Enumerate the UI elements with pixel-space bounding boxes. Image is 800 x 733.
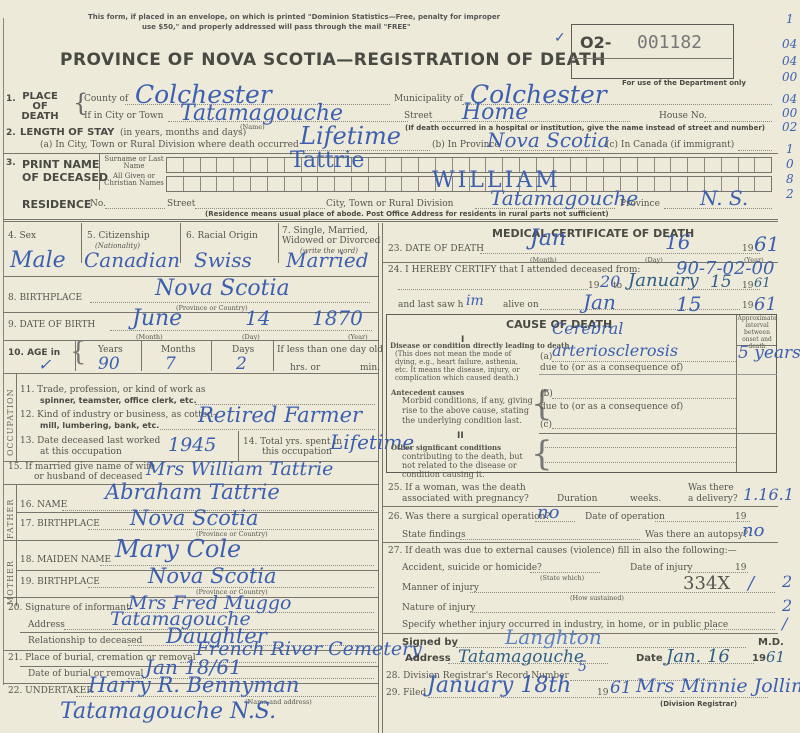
margin-code: 0 — [786, 157, 794, 171]
q12-label: 12. Kind of industry or business, as cot… — [20, 410, 216, 420]
citizenship-label: 5. Citizenship — [87, 231, 150, 241]
relationship-label: Relationship to deceased — [28, 636, 142, 646]
q3-number: 3. — [6, 158, 16, 168]
informant-address-label: Address — [28, 620, 65, 630]
year-prefix: 19 — [752, 653, 766, 664]
spouse-name-value: Mrs William Tattrie — [146, 458, 333, 480]
street-value: Home — [462, 100, 528, 125]
marital-status-value: Married — [286, 248, 369, 272]
margin-code: 8 — [786, 172, 794, 186]
attended-to-month: January — [628, 270, 699, 291]
dob-year: 1870 — [312, 306, 363, 330]
min-label: min. — [360, 363, 380, 373]
other-conditions-label: Other significant conditions — [391, 443, 501, 452]
caption: (State which) — [540, 574, 584, 582]
sex-label: 4. Sex — [8, 231, 36, 241]
weeks-label: weeks. — [630, 494, 661, 504]
last-saw-year: 61 — [754, 294, 777, 315]
filed-year-value: 61 — [610, 678, 632, 698]
surname-value: Tattrie — [290, 148, 364, 173]
birthplace-value: Nova Scotia — [155, 276, 290, 301]
cause-a-interval: 5 years — [738, 343, 800, 363]
father-name-label: 16. NAME — [20, 500, 67, 510]
caption: (Division Registrar) — [660, 700, 737, 708]
street-label: Street — [404, 111, 432, 121]
code-1: / — [782, 614, 787, 633]
registration-prefix: O2- — [580, 33, 611, 52]
occupation-side-label: OCCUPATION — [6, 380, 15, 456]
margin-code: 1 — [786, 142, 794, 156]
residence-city-label: City, Town or Rural Division — [326, 199, 453, 209]
code-2: 2 — [782, 572, 792, 591]
citizenship-value: Canadian — [84, 248, 180, 272]
q25-label: 25. If a woman, was the death — [388, 483, 526, 493]
surname-label: Surname or Last Name — [104, 156, 164, 170]
county-label: County of — [84, 94, 128, 104]
margin-code: 02 — [782, 120, 797, 134]
manner-label: Manner of injury — [402, 583, 479, 593]
registration-number: 001182 — [637, 32, 702, 53]
findings-label: State findings — [402, 530, 466, 540]
alive-on-label: alive on — [503, 300, 539, 310]
autopsy-label: Was there an autopsy? — [645, 530, 748, 540]
md-label: M.D. — [758, 637, 784, 648]
place-of-death-label: PLACE OF DEATH — [20, 92, 60, 122]
given-names-label: All Given or Christian Names — [102, 173, 166, 187]
q12-label-2: mill, lumbering, bank, etc. — [40, 421, 159, 430]
filed-date-value: January 18th — [427, 673, 571, 698]
q11-label-2: spinner, teamster, office clerk, etc. — [40, 396, 197, 405]
last-saw-day: 15 — [676, 292, 701, 316]
residence-street-label: Street — [167, 199, 195, 209]
birthplace-label: 8. BIRTHPLACE — [8, 293, 82, 303]
signature-date-value: Jan. 16 — [666, 646, 730, 667]
date-of-death-month: Jan — [530, 226, 566, 251]
date-of-death-day: 16 — [665, 230, 690, 254]
nature-label: Nature of injury — [402, 603, 475, 613]
year-prefix: 19 — [735, 563, 746, 573]
signature-date-label: Date — [636, 653, 663, 664]
last-saw-month: Jan — [583, 290, 616, 314]
cause-a-value: Cerebral arteriosclerosis — [552, 318, 732, 362]
margin-code: 00 — [782, 106, 797, 120]
margin-code: 04 — [782, 92, 797, 106]
q27-label: 27. If death was due to external causes … — [388, 546, 737, 556]
racial-origin-label: 6. Racial Origin — [186, 231, 258, 241]
age-label: 10. AGE in — [8, 348, 60, 358]
mother-name-label: 18. MAIDEN NAME — [20, 555, 111, 565]
print-name-label: PRINT NAME — [22, 158, 99, 171]
caption: (How sustained) — [570, 594, 624, 602]
left-border — [3, 18, 4, 685]
physician-signature: Langhton — [505, 625, 602, 649]
mother-side-label: MOTHER — [6, 543, 15, 605]
stay-city-value: Lifetime — [300, 122, 401, 150]
record-number-value: 5 — [578, 659, 587, 675]
mother-name-value: Mary Cole — [115, 535, 241, 563]
q1-number: 1. — [6, 94, 16, 104]
under-day-label: If less than one day old — [277, 345, 383, 355]
q26-label: 26. Was there a surgical operation? — [388, 512, 550, 522]
sex-value: Male — [10, 248, 66, 273]
surgery-value: no — [537, 502, 559, 523]
injury-code: 334X — [683, 573, 730, 594]
accident-label: Accident, suicide or homicide? — [402, 563, 542, 573]
residence-province-value: N. S. — [700, 186, 748, 210]
municipality-label: Municipality of — [394, 94, 463, 104]
signed-by-label: Signed by — [402, 637, 458, 648]
father-name-value: Abraham Tattrie — [105, 480, 280, 504]
age-days-value: 2 — [236, 354, 247, 374]
cause-a-label: (a) — [540, 352, 552, 362]
dob-month: June — [132, 306, 182, 331]
father-birthplace-value: Nova Scotia — [130, 506, 259, 530]
length-of-stay-label: LENGTH OF STAY — [20, 127, 114, 138]
division-registrar-signature: Mrs Minnie Jollimore — [636, 675, 800, 697]
check-mark-icon: ✓ — [38, 355, 51, 374]
residence-label: RESIDENCE — [22, 198, 91, 211]
date-of-death-label: 23. DATE OF DEATH — [388, 244, 484, 254]
department-use-label: For use of the Department only — [622, 79, 746, 87]
attended-to-day: 15 — [710, 272, 732, 292]
medical-certificate-title: MEDICAL CERTIFICATE OF DEATH — [492, 227, 694, 240]
q13-label: 13. Date deceased last worked — [20, 436, 160, 446]
duration-label: Duration — [557, 494, 597, 504]
attended-to-year: 61 — [754, 276, 771, 291]
residence-province-label: Province — [620, 199, 660, 209]
house-no-label: House No. — [659, 111, 707, 121]
form-title: PROVINCE OF NOVA SCOTIA—REGISTRATION OF … — [60, 50, 606, 70]
mother-birthplace-value: Nova Scotia — [148, 564, 277, 588]
section-ii-label: II — [457, 431, 464, 441]
direct-cause-note: (This does not mean the mode of dying, e… — [395, 350, 533, 382]
delivery-value: 1.16.1 — [743, 485, 794, 504]
stay-city-label: (a) In City, Town or Rural Division wher… — [40, 140, 299, 150]
mother-birthplace-label: 19. BIRTHPLACE — [20, 577, 100, 587]
other-conditions-note: contributing to the death, but not relat… — [402, 452, 536, 479]
signature-year-value: 61 — [766, 648, 785, 666]
city-label: If in City or Town — [84, 111, 163, 121]
code-slash: / — [748, 573, 754, 594]
operation-date-label: Date of operation — [585, 512, 665, 522]
delivery-label: Was there — [688, 483, 734, 493]
q11-label: 11. Trade, profession, or kind of work a… — [20, 385, 206, 395]
margin-code: 04 — [782, 54, 797, 68]
q14-label: 14. Total yrs. spent in — [243, 437, 342, 447]
direct-cause-label: Disease or condition directly leading to… — [390, 341, 569, 350]
stay-canada-label: (c) In Canada (if immigrant) — [606, 140, 734, 150]
due-to-label: due to (or as a consequence of) — [540, 402, 683, 412]
brace: { — [70, 337, 87, 367]
q25-label-2: associated with pregnancy? — [402, 494, 529, 504]
mail-notice-line2: use $50," and properly addressed will pa… — [142, 23, 411, 31]
dob-day: 14 — [245, 306, 270, 330]
residence-note: (Residence means usual place of abode. P… — [205, 210, 609, 218]
delivery-label-2: a delivery? — [688, 494, 738, 504]
last-saw-label: and last saw h — [398, 300, 463, 310]
last-saw-him: im — [466, 293, 484, 309]
filed-label: 29. Filed — [386, 688, 426, 698]
caption: (Province or Country) — [176, 304, 248, 312]
dob-label: 9. DATE OF BIRTH — [8, 320, 95, 330]
last-worked-value: 1945 — [168, 434, 216, 456]
margin-code: 1 — [786, 12, 794, 26]
year-prefix: 19 — [742, 244, 753, 254]
age-months-value: 7 — [165, 354, 176, 374]
cause-c-label: (c) — [540, 420, 552, 430]
stay-province-value: Nova Scotia — [487, 128, 609, 152]
death-registration-form: This form, if placed in an envelope, on … — [0, 0, 800, 733]
length-of-stay-note: (in years, months and days) — [120, 128, 246, 138]
signature-address-label: Address — [405, 653, 451, 664]
brace: { — [531, 437, 553, 471]
signature-address-value: Tatamagouche — [458, 647, 584, 667]
marital-status-label: 7. Single, Married, — [282, 226, 368, 236]
undertaker-label: 22. UNDERTAKER — [8, 686, 93, 696]
undertaker-value: Harry R. Bennyman — [88, 673, 299, 697]
year-prefix: 19 — [742, 281, 753, 291]
year-prefix: 19 — [597, 688, 608, 698]
antecedent-note: Morbid conditions, if any, giving rise t… — [402, 396, 536, 426]
residence-city-value: Tatamagouche — [490, 186, 638, 210]
father-birthplace-label: 17. BIRTHPLACE — [20, 519, 100, 529]
autopsy-value: no — [742, 520, 764, 541]
q14-label-2: this occupation — [262, 447, 332, 457]
mail-notice-line1: This form, if placed in an envelope, on … — [88, 13, 500, 21]
margin-code: 00 — [782, 70, 797, 84]
margin-code: 2 — [786, 187, 794, 201]
of-deceased-label: OF DECEASED — [22, 171, 108, 184]
father-side-label: FATHER — [6, 487, 15, 539]
code-2: 2 — [782, 596, 792, 615]
date-of-death-year: 61 — [754, 232, 779, 256]
undertaker-address: Tatamagouche N.S. — [60, 699, 276, 724]
industry-value: Retired Farmer — [198, 403, 362, 427]
q15-label: 15. If married give name of wife — [8, 462, 155, 472]
q13-label-2: at this occupation — [40, 447, 122, 457]
residence-no-label: No. — [90, 199, 106, 209]
margin-code: 04 — [782, 37, 797, 51]
check-mark-icon: ✓ — [554, 30, 566, 46]
cause-b-label: (b) — [540, 389, 553, 399]
hrs-label: hrs. or — [290, 363, 320, 373]
age-years-value: 90 — [98, 354, 120, 374]
injury-date-label: Date of injury — [630, 563, 693, 573]
racial-origin-value: Swiss — [194, 248, 252, 272]
year-prefix: 19 — [742, 301, 753, 311]
q2-number: 2. — [6, 128, 16, 138]
marital-status-label-2: Widowed or Divorced — [282, 236, 380, 246]
due-to-label: due to (or as a consequence of) — [540, 363, 683, 373]
